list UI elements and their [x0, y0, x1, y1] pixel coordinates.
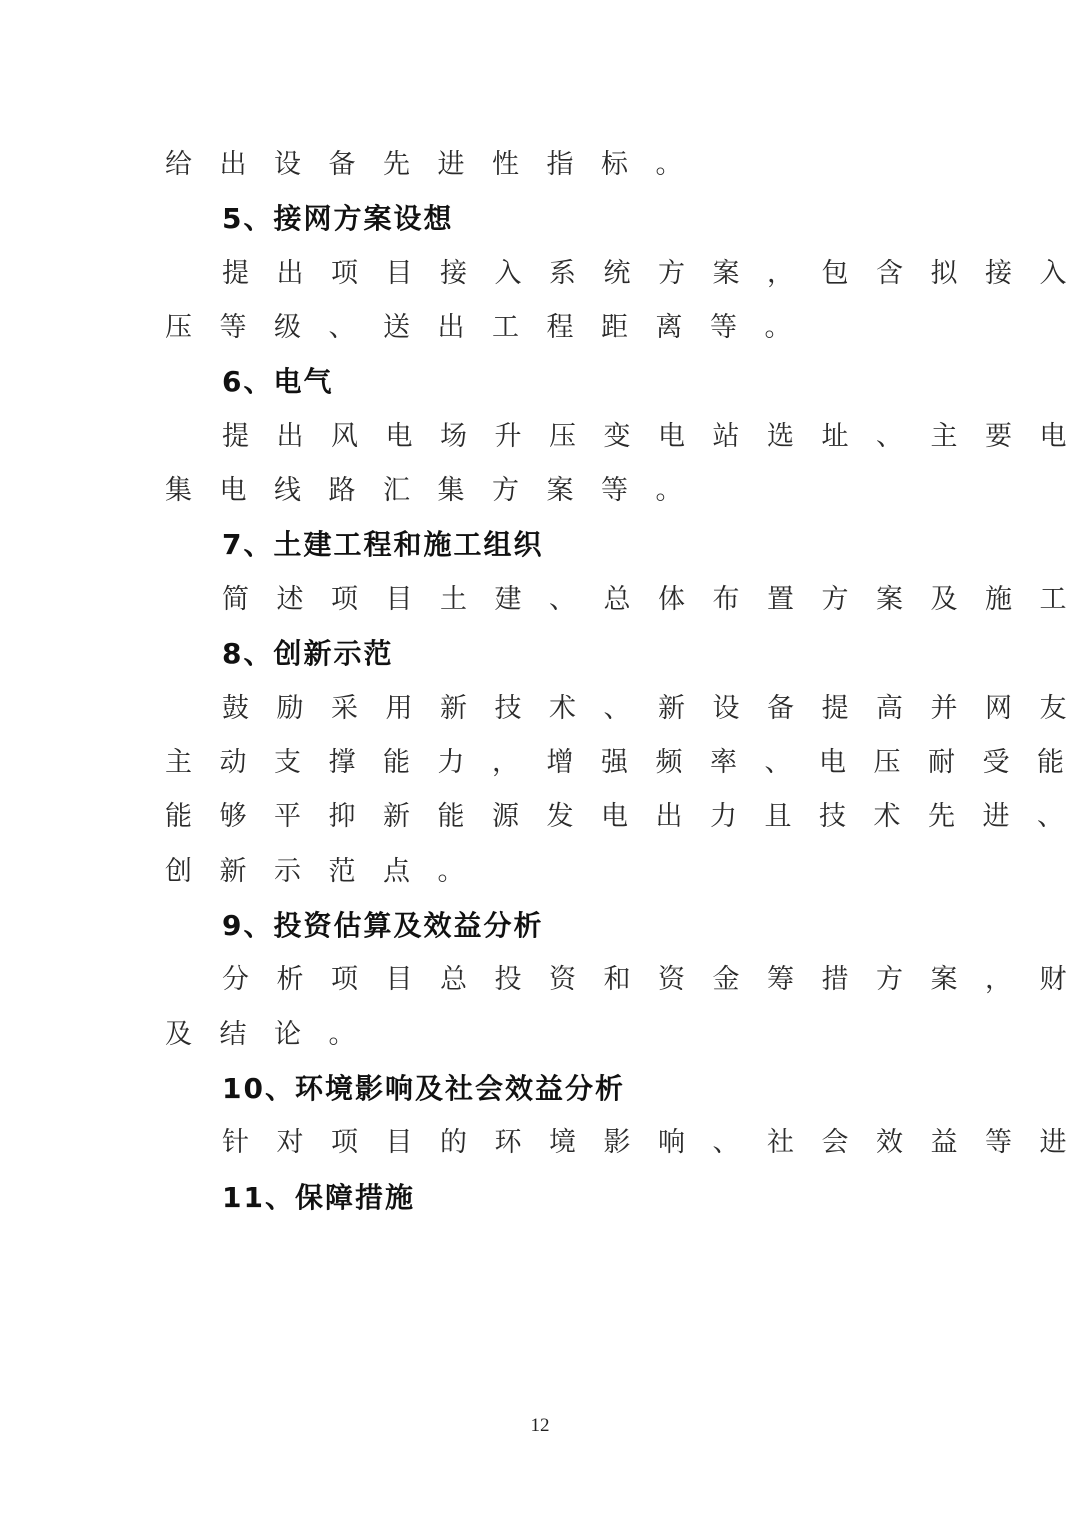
body-text-line: 分析项目总投资和资金筹措方案，财务评价的主要成果 — [222, 960, 1080, 1000]
body-text-line: 集电线路汇集方案等。 — [165, 471, 710, 511]
body-text-line: 简述项目土建、总体布置方案及施工组织方案。 — [222, 580, 1080, 620]
body-text-line: 主动支撑能力，增强频率、电压耐受能力和支撑调节能力， — [165, 743, 1080, 783]
body-text-line: 创新示范点。 — [165, 852, 492, 892]
section-heading-7: 7、土建工程和施工组织 — [222, 525, 543, 565]
body-text-line: 针对项目的环境影响、社会效益等进行评价。 — [222, 1123, 1080, 1163]
section-heading-11: 11、保障措施 — [222, 1178, 415, 1218]
page-number: 12 — [0, 1414, 1080, 1438]
body-text-line: 提出项目接入系统方案，包含拟接入的变电站、接入电 — [222, 254, 1080, 294]
body-text-line: 及结论。 — [165, 1015, 383, 1055]
section-heading-6: 6、电气 — [222, 362, 333, 402]
body-text-line: 鼓励采用新技术、新设备提高并网友好性能，提升涉网 — [222, 689, 1080, 729]
section-heading-5: 5、接网方案设想 — [222, 199, 453, 239]
body-text-line: 压等级、送出工程距离等。 — [165, 308, 819, 348]
section-heading-9: 9、投资估算及效益分析 — [222, 906, 543, 946]
body-text-line: 提出风电场升压变电站选址、主要电气设备、风电机组 — [222, 417, 1080, 457]
section-heading-8: 8、创新示范 — [222, 634, 393, 674]
section-heading-10: 10、环境影响及社会效益分析 — [222, 1069, 625, 1109]
body-text-line: 给出设备先进性指标。 — [165, 145, 710, 185]
body-text-line: 能够平抑新能源发电出力且技术先进、安全可靠。提出相应 — [165, 797, 1080, 837]
document-page: 给出设备先进性指标。 5、接网方案设想 提出项目接入系统方案，包含拟接入的变电站… — [0, 0, 1080, 1527]
